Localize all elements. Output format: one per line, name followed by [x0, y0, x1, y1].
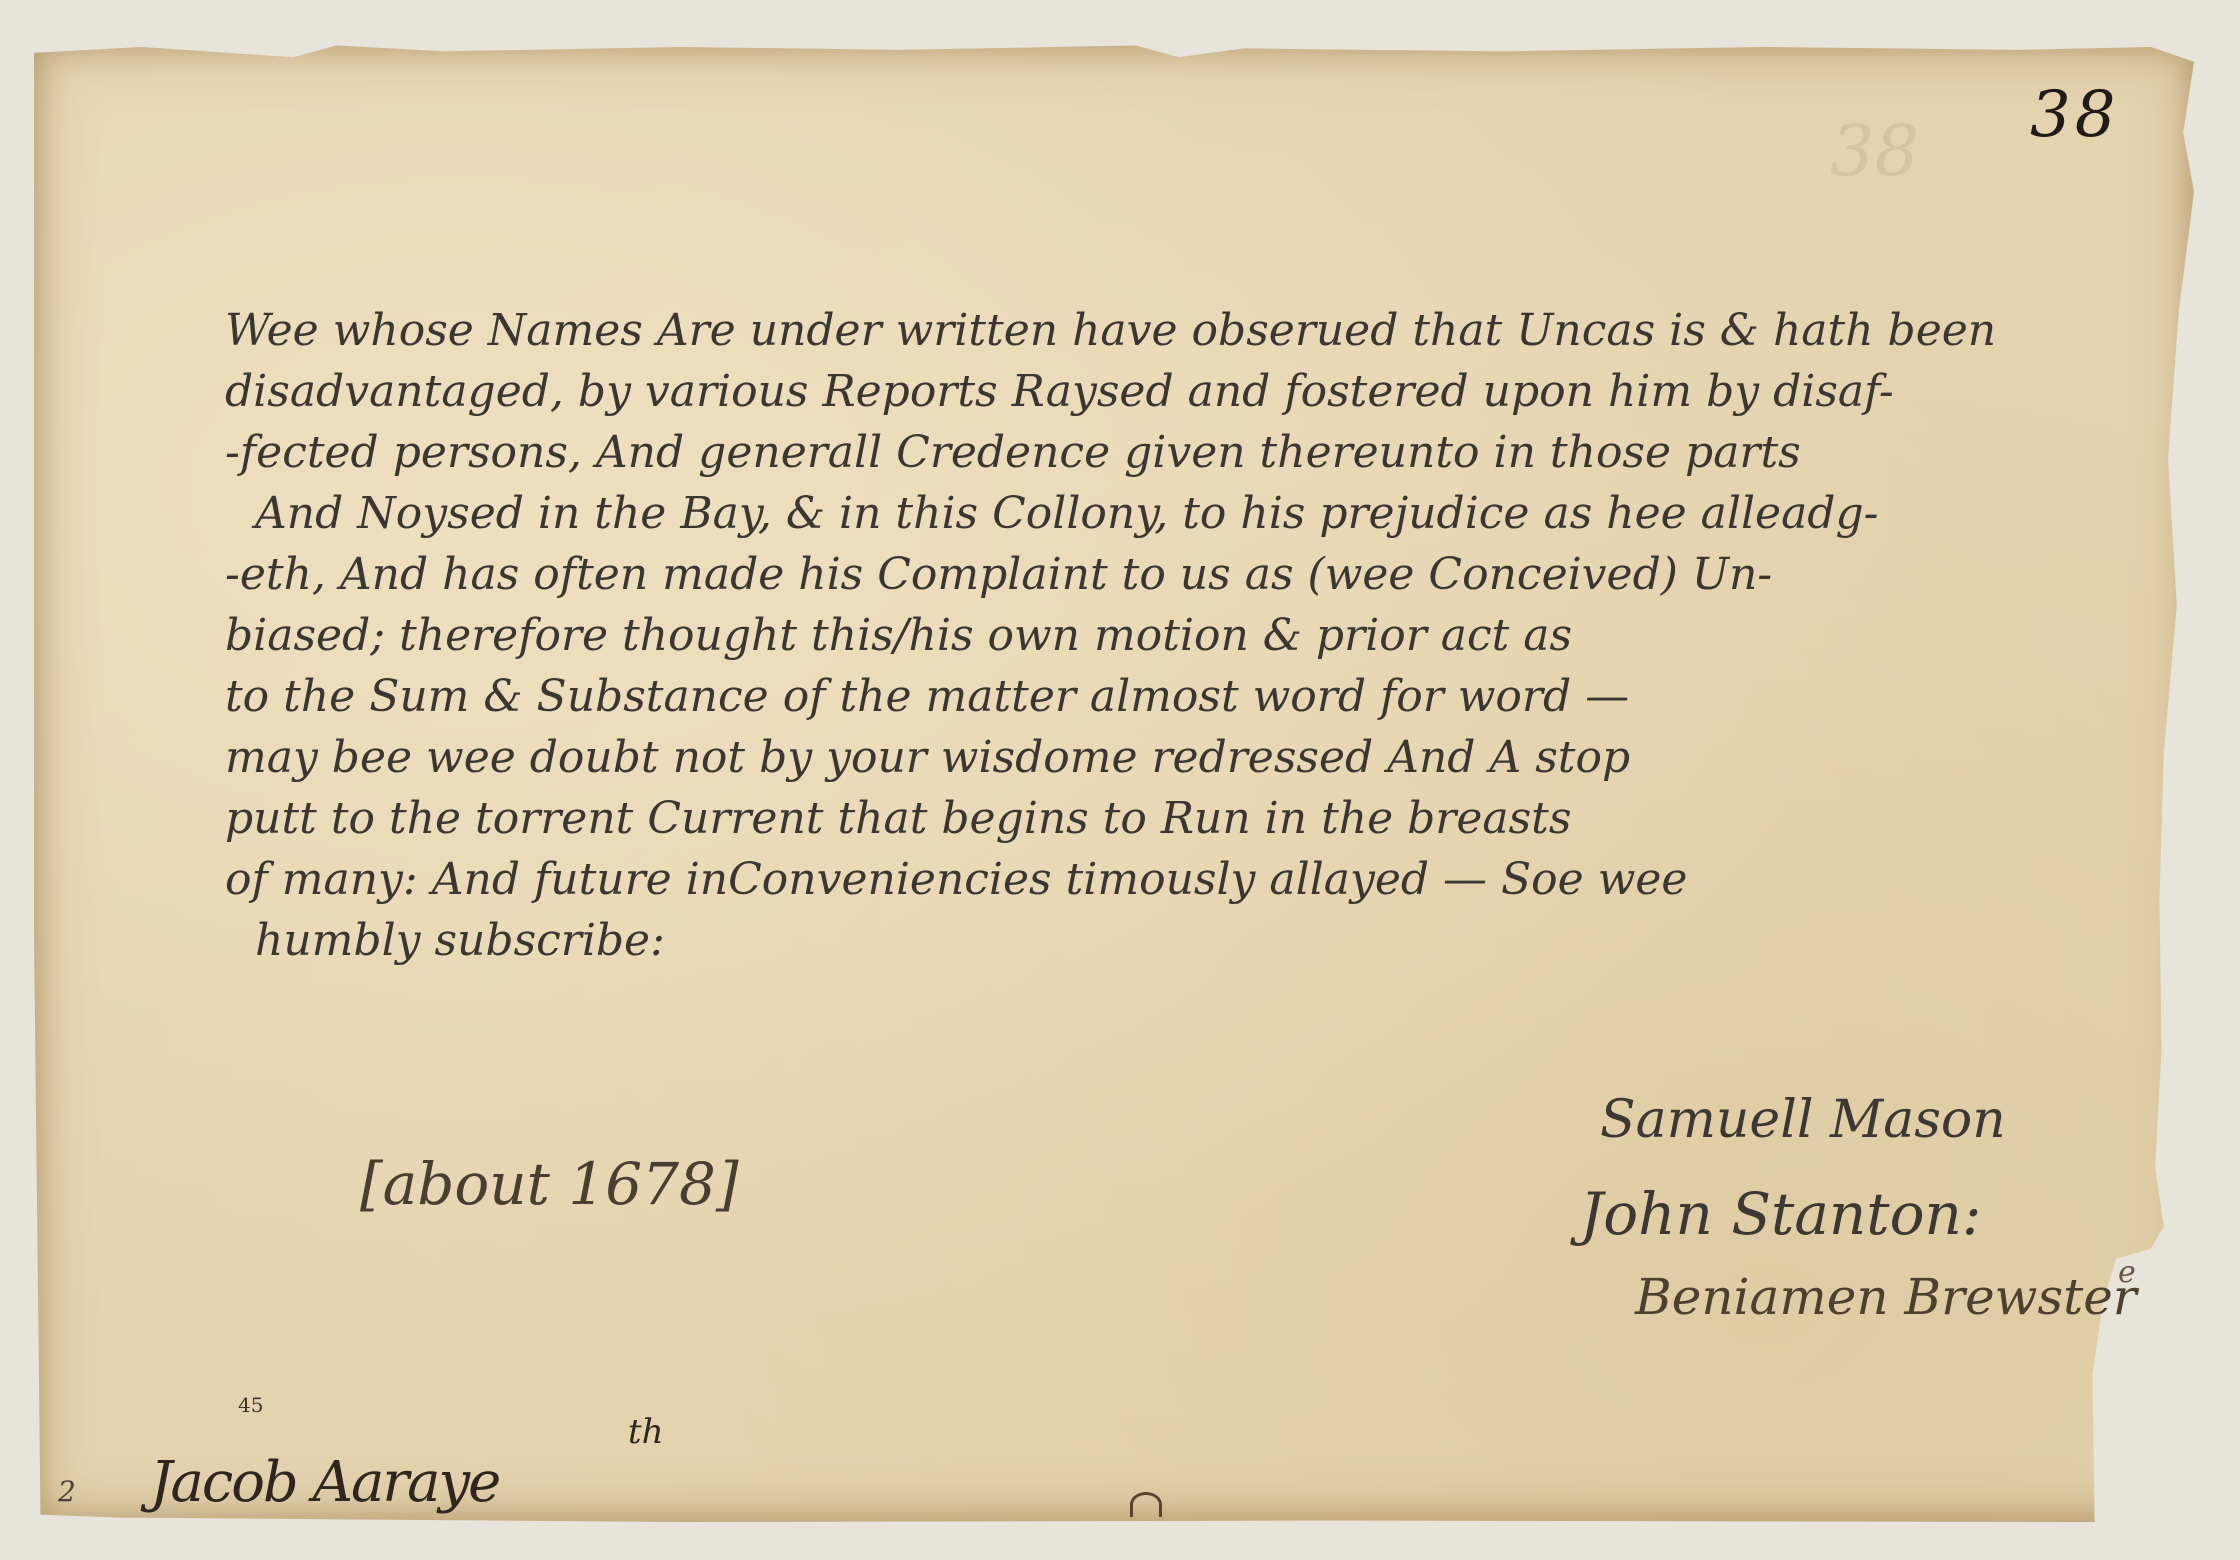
body-line: putt to the torrent Current that begins …	[225, 788, 2165, 849]
body-line: biased; therefore thought this/his own m…	[225, 605, 2165, 666]
folio-number: 38	[2030, 78, 2119, 152]
body-line: And Noysed in the Bay, & in this Collony…	[225, 483, 2165, 544]
signature-stanton: John Stanton:	[1580, 1180, 2137, 1268]
signature-block: Samuell Mason John Stanton: Beniamen Bre…	[1580, 1090, 2137, 1326]
signature-brewster: Beniamen Brewster	[1635, 1268, 2137, 1326]
body-line: humbly subscribe:	[225, 910, 2165, 971]
margin-side-mark: e	[2118, 1255, 2136, 1290]
body-line: of many: And future inConveniencies timo…	[225, 849, 2165, 910]
signature-mason: Samuell Mason	[1600, 1090, 2137, 1180]
petition-body: Wee whose Names Are under written have o…	[225, 300, 2165, 971]
body-line: -fected persons, And generall Credence g…	[225, 422, 2165, 483]
faint-folio-ghost: 38	[1830, 110, 1919, 192]
ink-loop-mark	[1130, 1492, 1162, 1517]
bottom-scrawl-annotation: Jacob Aaraye	[150, 1450, 499, 1515]
body-line: Wee whose Names Are under written have o…	[225, 300, 2165, 361]
body-line: may bee wee doubt not by your wisdome re…	[225, 727, 2165, 788]
body-line: -eth, And has often made his Complaint t…	[225, 544, 2165, 605]
body-line: to the Sum & Substance of the matter alm…	[225, 666, 2165, 727]
bottom-superscript: th	[628, 1412, 664, 1452]
left-margin-mark: 2	[58, 1475, 76, 1508]
date-annotation: [about 1678]	[360, 1150, 739, 1218]
bottom-number-annotation: 45	[238, 1393, 263, 1417]
body-line: disadvantaged, by various Reports Raysed…	[225, 361, 2165, 422]
